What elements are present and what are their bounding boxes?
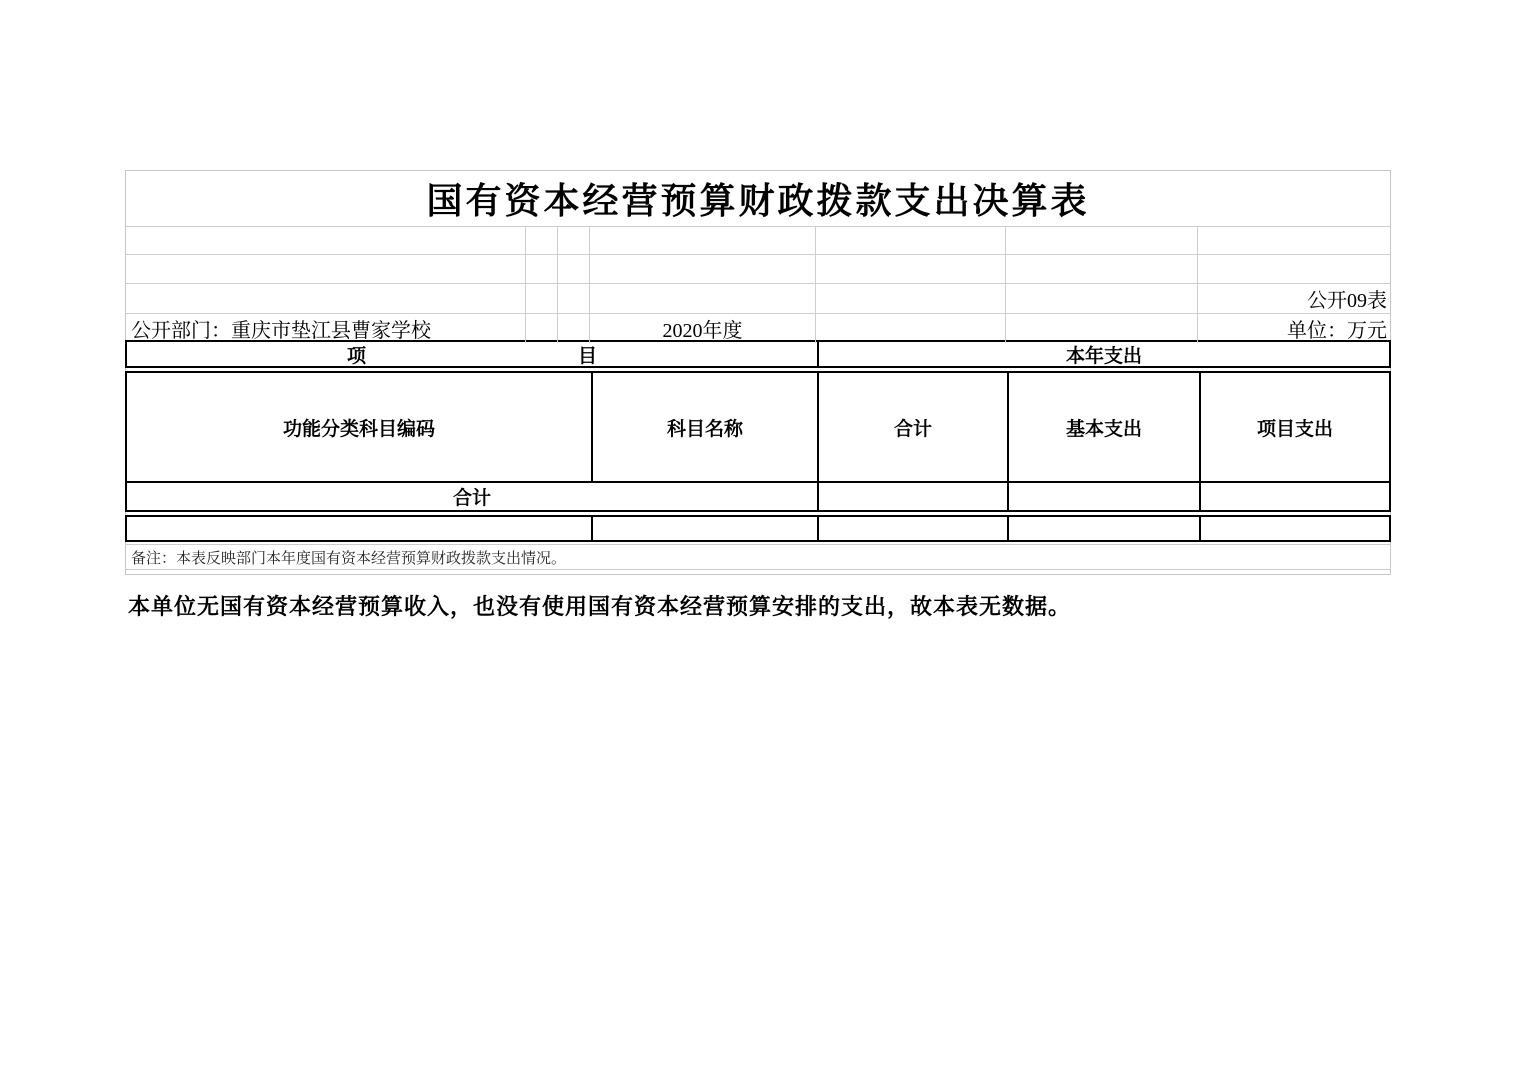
empty-grid-row <box>126 255 1390 284</box>
table-row <box>127 517 1389 540</box>
cell-empty <box>1006 255 1198 283</box>
column-header-row: 功能分类科目编码 科目名称 合计 基本支出 项目支出 <box>127 373 1389 483</box>
title-row: 国有资本经营预算财政拨款支出决算表 <box>126 171 1390 227</box>
total-row-total-value <box>817 483 1007 510</box>
cell-empty <box>816 284 1006 313</box>
remark-text: 备注：本表反映部门本年度国有资本经营预算财政拨款支出情况。 <box>131 547 566 568</box>
fiscal-year: 2020年度 <box>590 314 816 343</box>
cell-empty <box>1006 227 1198 254</box>
unit-label: 单位：万元 <box>1198 314 1390 343</box>
page-title: 国有资本经营预算财政拨款支出决算表 <box>426 173 1089 224</box>
cell-empty <box>558 314 590 343</box>
header-item-left: 项 <box>347 341 366 368</box>
header-item-group: 项 目 <box>127 342 817 366</box>
spreadsheet: 国有资本经营预算财政拨款支出决算表 公开0 <box>125 170 1391 575</box>
header-group-row: 项 目 本年支出 <box>125 340 1391 368</box>
row-total-cell <box>817 517 1007 540</box>
cell-empty <box>1198 227 1390 254</box>
row-project-cell <box>1199 517 1389 540</box>
col-header-basic-expenditure: 基本支出 <box>1007 373 1199 481</box>
cell-empty <box>1006 284 1198 313</box>
header-item-right: 目 <box>578 341 597 368</box>
cell-empty <box>526 227 558 254</box>
no-data-statement: 本单位无国有资本经营预算收入，也没有使用国有资本经营预算安排的支出，故本表无数据… <box>128 590 1071 621</box>
col-header-subject-name: 科目名称 <box>591 373 817 481</box>
total-row-project-value <box>1199 483 1389 510</box>
cell-empty <box>590 255 816 283</box>
row-name-cell <box>591 517 817 540</box>
page: 国有资本经营预算财政拨款支出决算表 公开0 <box>0 0 1520 1074</box>
header-and-total-block: 功能分类科目编码 科目名称 合计 基本支出 项目支出 合计 <box>125 371 1391 512</box>
header-current-year-expenditure: 本年支出 <box>817 342 1389 366</box>
empty-grid-row <box>126 227 1390 255</box>
cell-empty <box>126 255 526 283</box>
cell-empty <box>558 284 590 313</box>
cell-empty <box>558 227 590 254</box>
cell-empty <box>1198 255 1390 283</box>
main-table: 项 目 本年支出 功能分类科目编码 科目名称 合计 基本支出 项目支出 合计 <box>125 340 1391 542</box>
cell-empty <box>526 284 558 313</box>
cell-empty <box>1006 314 1198 343</box>
table-number-row: 公开09表 <box>126 284 1390 314</box>
cell-empty <box>590 227 816 254</box>
cell-empty <box>526 255 558 283</box>
col-header-function-code: 功能分类科目编码 <box>127 373 591 481</box>
cell-empty <box>526 314 558 343</box>
cell-empty <box>816 314 1006 343</box>
empty-data-row-block <box>125 515 1391 542</box>
cell-empty <box>126 227 526 254</box>
total-row-basic-value <box>1007 483 1199 510</box>
cell-empty <box>590 284 816 313</box>
total-row: 合计 <box>127 483 1389 510</box>
department-label: 公开部门：重庆市垫江县曹家学校 <box>126 314 526 343</box>
total-row-label: 合计 <box>127 483 817 510</box>
table-number: 公开09表 <box>1198 284 1390 313</box>
cell-empty <box>816 227 1006 254</box>
department-row: 公开部门：重庆市垫江县曹家学校 2020年度 单位：万元 <box>126 314 1390 340</box>
col-header-project-expenditure: 项目支出 <box>1199 373 1389 481</box>
row-basic-cell <box>1007 517 1199 540</box>
col-header-total: 合计 <box>817 373 1007 481</box>
remark-row: 备注：本表反映部门本年度国有资本经营预算财政拨款支出情况。 <box>126 544 1390 570</box>
cell-empty <box>558 255 590 283</box>
cell-empty <box>816 255 1006 283</box>
row-code-cell <box>127 517 591 540</box>
cell-empty <box>126 284 526 313</box>
